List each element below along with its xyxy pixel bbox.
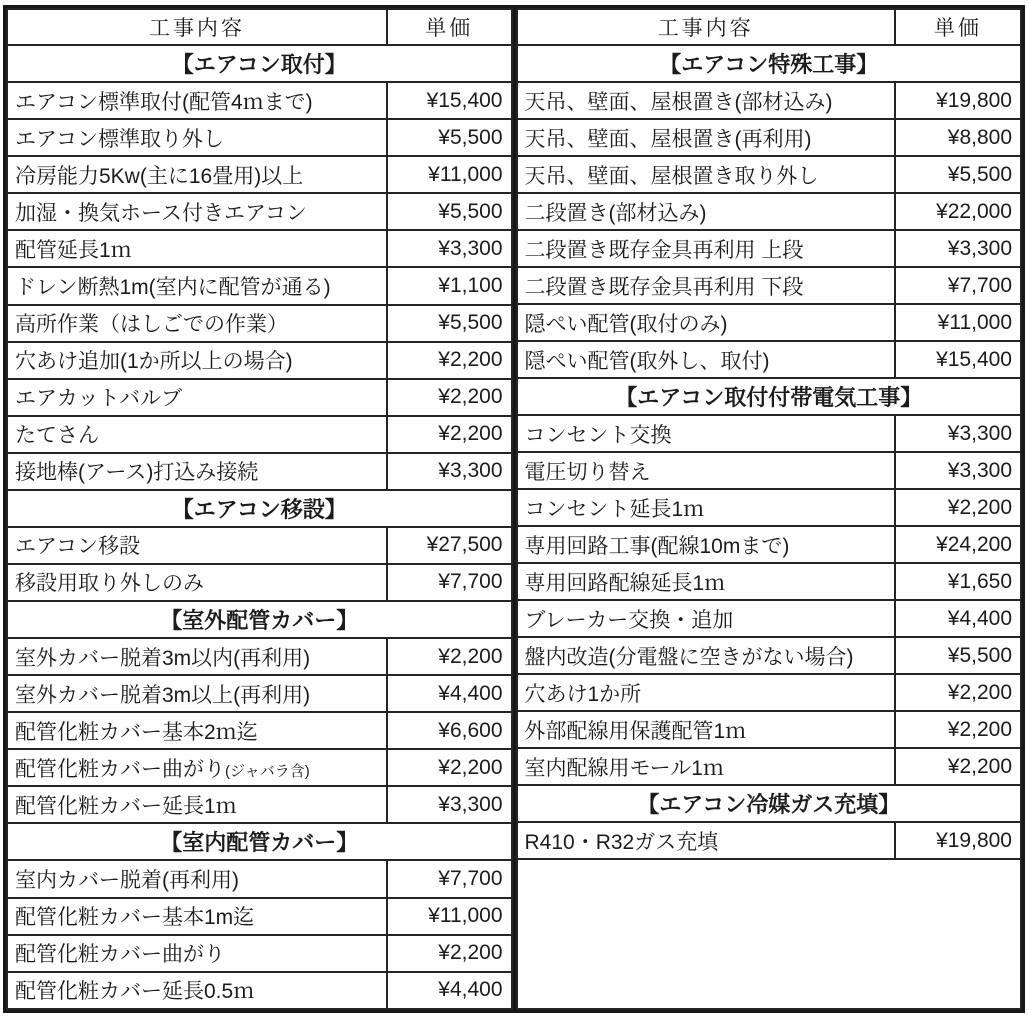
section-title: 【室内配管カバー】 <box>7 823 512 860</box>
price-value: ¥2,200 <box>895 748 1021 785</box>
table-row: 配管化粧カバー延長0.5ｍ¥4,400 <box>7 972 512 1009</box>
work-item-cell: 隠ぺい配管(取付のみ) <box>517 304 895 341</box>
work-item-cell: ブレーカー交換・追加 <box>517 600 895 637</box>
work-item-label: 配管化粧カバー曲がり <box>15 943 225 966</box>
table-row: ドレン断熱1m(室内に配管が通る)¥1,100 <box>7 267 512 304</box>
table-row: エアコン標準取り外し¥5,500 <box>7 119 512 156</box>
work-item-label: 二段置き(部材込み) <box>525 202 707 225</box>
table-row: 穴あけ1か所¥2,200 <box>517 674 1022 711</box>
table-row: ブレーカー交換・追加¥4,400 <box>517 600 1022 637</box>
work-item-cell: エアコン標準取付(配管4ｍまで) <box>7 82 387 119</box>
price-table-left: 工事内容単価【エアコン取付】エアコン標準取付(配管4ｍまで)¥15,400エアコ… <box>6 8 513 1010</box>
table-row: 二段置き既存金具再利用 上段¥3,300 <box>517 230 1022 267</box>
table-row: エアコン移設¥27,500 <box>7 527 512 564</box>
price-value: ¥2,200 <box>387 416 512 453</box>
price-value: ¥15,400 <box>895 341 1021 378</box>
work-item-label: コンセント交換 <box>525 424 672 447</box>
work-item-cell: 室内カバー脱着(再利用) <box>7 860 387 897</box>
table-row: 二段置き既存金具再利用 下段¥7,700 <box>517 267 1022 304</box>
table-row: 室外カバー脱着3m以上(再利用)¥4,400 <box>7 675 512 712</box>
price-value: ¥1,650 <box>895 563 1021 600</box>
price-value: ¥6,600 <box>387 712 512 749</box>
price-value: ¥19,800 <box>895 82 1021 119</box>
section-row: 【室外配管カバー】 <box>7 601 512 638</box>
work-item-label: 専用回路工事(配線10mまで) <box>525 535 790 558</box>
work-item-cell: 二段置き既存金具再利用 下段 <box>517 267 895 304</box>
section-title: 【室外配管カバー】 <box>7 601 512 638</box>
work-item-cell: 加湿・換気ホース付きエアコン <box>7 193 387 230</box>
work-item-label: エアコン標準取付(配管4ｍまで) <box>15 91 313 114</box>
table-row: エアカットバルブ¥2,200 <box>7 379 512 416</box>
section-row: 【エアコン特殊工事】 <box>517 45 1022 82</box>
price-value: ¥7,700 <box>895 267 1021 304</box>
work-item-label: 配管化粧カバー曲がり <box>15 758 225 781</box>
work-item-label: 配管延長1ｍ <box>15 239 132 262</box>
work-item-cell: 冷房能力5Kw(主に16畳用)以上 <box>7 156 387 193</box>
table-row: 冷房能力5Kw(主に16畳用)以上¥11,000 <box>7 156 512 193</box>
work-item-cell: コンセント延長1ｍ <box>517 489 895 526</box>
table-row: 移設用取り外しのみ¥7,700 <box>7 564 512 601</box>
work-item-cell: 移設用取り外しのみ <box>7 564 387 601</box>
work-item-cell: R410・R32ガス充填 <box>517 822 895 859</box>
work-item-cell: 盤内改造(分電盤に空きがない場合) <box>517 637 895 674</box>
table-row: 配管化粧カバー延長1ｍ¥3,300 <box>7 786 512 823</box>
work-item-label: 冷房能力5Kw(主に16畳用)以上 <box>15 165 303 188</box>
price-value: ¥15,400 <box>387 82 512 119</box>
work-item-label: 穴あけ追加(1か所以上の場合) <box>15 350 293 373</box>
work-item-label: 電圧切り替え <box>525 461 651 484</box>
work-item-label: 隠ぺい配管(取付のみ) <box>525 313 728 336</box>
table-row: 隠ぺい配管(取付のみ)¥11,000 <box>517 304 1022 341</box>
work-item-cell: 配管化粧カバー曲がり(ジャバラ含) <box>7 749 387 786</box>
price-value: ¥4,400 <box>387 675 512 712</box>
price-value: ¥11,000 <box>387 156 512 193</box>
work-item-cell: 外部配線用保護配管1ｍ <box>517 711 895 748</box>
section-title: 【エアコン移設】 <box>7 490 512 527</box>
price-value: ¥4,400 <box>387 972 512 1009</box>
work-item-cell: 二段置き(部材込み) <box>517 193 895 230</box>
work-item-cell: 専用回路工事(配線10mまで) <box>517 526 895 563</box>
price-value: ¥11,000 <box>895 304 1021 341</box>
work-item-label: 穴あけ1か所 <box>525 683 642 706</box>
price-sheet: 工事内容単価【エアコン取付】エアコン標準取付(配管4ｍまで)¥15,400エアコ… <box>3 5 1025 1013</box>
work-item-cell: 電圧切り替え <box>517 452 895 489</box>
work-item-cell: 室内配線用モール1ｍ <box>517 748 895 785</box>
work-item-label: 室外カバー脱着3m以内(再利用) <box>15 647 310 670</box>
price-value: ¥3,300 <box>895 452 1021 489</box>
table-row: 天吊、壁面、屋根置き取り外し¥5,500 <box>517 156 1022 193</box>
table-row: 配管延長1ｍ¥3,300 <box>7 230 512 267</box>
table-row: 室外カバー脱着3m以内(再利用)¥2,200 <box>7 638 512 675</box>
work-item-label: 移設用取り外しのみ <box>15 572 204 595</box>
work-item-cell: 配管化粧カバー延長0.5ｍ <box>7 972 387 1009</box>
section-row: 【エアコン取付】 <box>7 45 512 82</box>
work-item-cell: 室外カバー脱着3m以上(再利用) <box>7 675 387 712</box>
table-row: エアコン標準取付(配管4ｍまで)¥15,400 <box>7 82 512 119</box>
table-row: R410・R32ガス充填¥19,800 <box>517 822 1022 859</box>
work-item-label: エアコン移設 <box>15 535 140 558</box>
work-item-label: 二段置き既存金具再利用 下段 <box>525 276 804 299</box>
section-row: 【室内配管カバー】 <box>7 823 512 860</box>
work-item-label: 配管化粧カバー基本2ｍ迄 <box>15 721 258 744</box>
price-value: ¥2,200 <box>895 674 1021 711</box>
table-row: 隠ぺい配管(取外し、取付)¥15,400 <box>517 341 1022 378</box>
work-item-label: 天吊、壁面、屋根置き(再利用) <box>525 128 812 151</box>
work-item-cell: エアコン標準取り外し <box>7 119 387 156</box>
work-item-label: エアコン標準取り外し <box>15 128 224 151</box>
work-item-cell: 天吊、壁面、屋根置き(再利用) <box>517 119 895 156</box>
section-title: 【エアコン取付付帯電気工事】 <box>517 378 1022 415</box>
work-item-label: 高所作業（はしごでの作業） <box>15 313 288 336</box>
work-item-label: R410・R32ガス充填 <box>525 831 719 854</box>
price-value: ¥8,800 <box>895 119 1021 156</box>
price-value: ¥5,500 <box>895 637 1021 674</box>
work-item-label: 配管化粧カバー延長1ｍ <box>15 795 237 818</box>
work-item-label: ドレン断熱1m(室内に配管が通る) <box>15 276 331 299</box>
table-row: 天吊、壁面、屋根置き(部材込み)¥19,800 <box>517 82 1022 119</box>
price-value: ¥5,500 <box>387 119 512 156</box>
work-item-cell: ドレン断熱1m(室内に配管が通る) <box>7 267 387 304</box>
header-row: 工事内容単価 <box>517 9 1022 45</box>
table-row: 外部配線用保護配管1ｍ¥2,200 <box>517 711 1022 748</box>
price-value: ¥1,100 <box>387 267 512 304</box>
price-value: ¥19,800 <box>895 822 1021 859</box>
table-row: 盤内改造(分電盤に空きがない場合)¥5,500 <box>517 637 1022 674</box>
work-item-cell: 専用回路配線延長1ｍ <box>517 563 895 600</box>
table-row: 天吊、壁面、屋根置き(再利用)¥8,800 <box>517 119 1022 156</box>
work-item-cell: コンセント交換 <box>517 415 895 452</box>
work-item-label: 室内カバー脱着(再利用) <box>15 869 239 892</box>
work-item-label: コンセント延長1ｍ <box>525 498 705 521</box>
work-item-label: 専用回路配線延長1ｍ <box>525 572 726 595</box>
table-row: 高所作業（はしごでの作業）¥5,500 <box>7 305 512 342</box>
work-item-label: 外部配線用保護配管1ｍ <box>525 720 747 743</box>
table-row: 接地棒(アース)打込み接続¥3,300 <box>7 453 512 490</box>
empty-cell <box>517 859 1022 1009</box>
table-row: 加湿・換気ホース付きエアコン¥5,500 <box>7 193 512 230</box>
header-row: 工事内容単価 <box>7 9 512 45</box>
work-item-cell: 天吊、壁面、屋根置き取り外し <box>517 156 895 193</box>
price-value: ¥4,400 <box>895 600 1021 637</box>
column-header-price: 単価 <box>895 9 1021 45</box>
price-table-right: 工事内容単価【エアコン特殊工事】天吊、壁面、屋根置き(部材込み)¥19,800天… <box>516 8 1023 1010</box>
work-item-cell: 配管化粧カバー延長1ｍ <box>7 786 387 823</box>
work-item-label: 配管化粧カバー延長0.5ｍ <box>15 980 254 1003</box>
work-item-label: たてさん <box>15 424 99 447</box>
work-item-label: 室外カバー脱着3m以上(再利用) <box>15 684 310 707</box>
work-item-cell: 配管延長1ｍ <box>7 230 387 267</box>
price-value: ¥2,200 <box>387 749 512 786</box>
work-item-label: ブレーカー交換・追加 <box>525 609 734 632</box>
work-item-label: 天吊、壁面、屋根置き(部材込み) <box>525 91 833 114</box>
work-item-cell: 室外カバー脱着3m以内(再利用) <box>7 638 387 675</box>
work-item-cell: たてさん <box>7 416 387 453</box>
work-item-label: 加湿・換気ホース付きエアコン <box>15 202 307 225</box>
price-value: ¥2,200 <box>387 935 512 972</box>
table-row: 配管化粧カバー曲がり¥2,200 <box>7 935 512 972</box>
work-item-cell: 配管化粧カバー基本2ｍ迄 <box>7 712 387 749</box>
work-item-label: 室内配線用モール1ｍ <box>525 757 724 780</box>
section-row: 【エアコン取付付帯電気工事】 <box>517 378 1022 415</box>
work-item-label: 接地棒(アース)打込み接続 <box>15 461 258 484</box>
price-value: ¥2,200 <box>387 379 512 416</box>
price-value: ¥2,200 <box>895 711 1021 748</box>
table-row: 穴あけ追加(1か所以上の場合)¥2,200 <box>7 342 512 379</box>
table-row: コンセント交換¥3,300 <box>517 415 1022 452</box>
price-table-left-pane: 工事内容単価【エアコン取付】エアコン標準取付(配管4ｍまで)¥15,400エアコ… <box>6 8 513 1010</box>
work-item-note: (ジャバラ含) <box>225 763 310 780</box>
section-title: 【エアコン取付】 <box>7 45 512 82</box>
price-value: ¥5,500 <box>387 305 512 342</box>
price-value: ¥24,200 <box>895 526 1021 563</box>
work-item-label: 二段置き既存金具再利用 上段 <box>525 239 804 262</box>
work-item-label: 隠ぺい配管(取外し、取付) <box>525 350 770 373</box>
section-row: 【エアコン移設】 <box>7 490 512 527</box>
price-value: ¥3,300 <box>387 786 512 823</box>
work-item-cell: 二段置き既存金具再利用 上段 <box>517 230 895 267</box>
work-item-cell: 接地棒(アース)打込み接続 <box>7 453 387 490</box>
work-item-cell: 穴あけ1か所 <box>517 674 895 711</box>
table-row: 二段置き(部材込み)¥22,000 <box>517 193 1022 230</box>
column-header-work: 工事内容 <box>517 9 895 45</box>
column-header-work: 工事内容 <box>7 9 387 45</box>
price-value: ¥3,300 <box>895 415 1021 452</box>
price-value: ¥22,000 <box>895 193 1021 230</box>
table-row: 配管化粧カバー基本1m迄¥11,000 <box>7 898 512 935</box>
column-header-price: 単価 <box>387 9 512 45</box>
work-item-cell: 穴あけ追加(1か所以上の場合) <box>7 342 387 379</box>
price-value: ¥2,200 <box>387 342 512 379</box>
price-value: ¥3,300 <box>895 230 1021 267</box>
price-value: ¥7,700 <box>387 860 512 897</box>
work-item-label: 天吊、壁面、屋根置き取り外し <box>525 165 819 188</box>
section-row: 【エアコン冷媒ガス充填】 <box>517 785 1022 822</box>
work-item-cell: エアコン移設 <box>7 527 387 564</box>
price-value: ¥3,300 <box>387 453 512 490</box>
section-title: 【エアコン冷媒ガス充填】 <box>517 785 1022 822</box>
price-value: ¥3,300 <box>387 230 512 267</box>
table-row: 配管化粧カバー基本2ｍ迄¥6,600 <box>7 712 512 749</box>
price-value: ¥2,200 <box>895 489 1021 526</box>
work-item-label: 盤内改造(分電盤に空きがない場合) <box>525 646 854 669</box>
price-value: ¥5,500 <box>895 156 1021 193</box>
work-item-label: 配管化粧カバー基本1m迄 <box>15 906 254 929</box>
work-item-cell: 高所作業（はしごでの作業） <box>7 305 387 342</box>
section-title: 【エアコン特殊工事】 <box>517 45 1022 82</box>
price-value: ¥7,700 <box>387 564 512 601</box>
table-row: 専用回路配線延長1ｍ¥1,650 <box>517 563 1022 600</box>
price-value: ¥27,500 <box>387 527 512 564</box>
work-item-cell: エアカットバルブ <box>7 379 387 416</box>
table-row: 電圧切り替え¥3,300 <box>517 452 1022 489</box>
table-row: たてさん¥2,200 <box>7 416 512 453</box>
table-row: 室内カバー脱着(再利用)¥7,700 <box>7 860 512 897</box>
table-row: 配管化粧カバー曲がり(ジャバラ含)¥2,200 <box>7 749 512 786</box>
price-value: ¥11,000 <box>387 898 512 935</box>
work-item-cell: 天吊、壁面、屋根置き(部材込み) <box>517 82 895 119</box>
price-value: ¥5,500 <box>387 193 512 230</box>
table-row: 専用回路工事(配線10mまで)¥24,200 <box>517 526 1022 563</box>
filler-row <box>517 859 1022 1009</box>
price-table-right-pane: 工事内容単価【エアコン特殊工事】天吊、壁面、屋根置き(部材込み)¥19,800天… <box>513 8 1023 1010</box>
table-row: 室内配線用モール1ｍ¥2,200 <box>517 748 1022 785</box>
work-item-label: エアカットバルブ <box>15 387 182 410</box>
work-item-cell: 隠ぺい配管(取外し、取付) <box>517 341 895 378</box>
price-value: ¥2,200 <box>387 638 512 675</box>
work-item-cell: 配管化粧カバー基本1m迄 <box>7 898 387 935</box>
work-item-cell: 配管化粧カバー曲がり <box>7 935 387 972</box>
table-row: コンセント延長1ｍ¥2,200 <box>517 489 1022 526</box>
